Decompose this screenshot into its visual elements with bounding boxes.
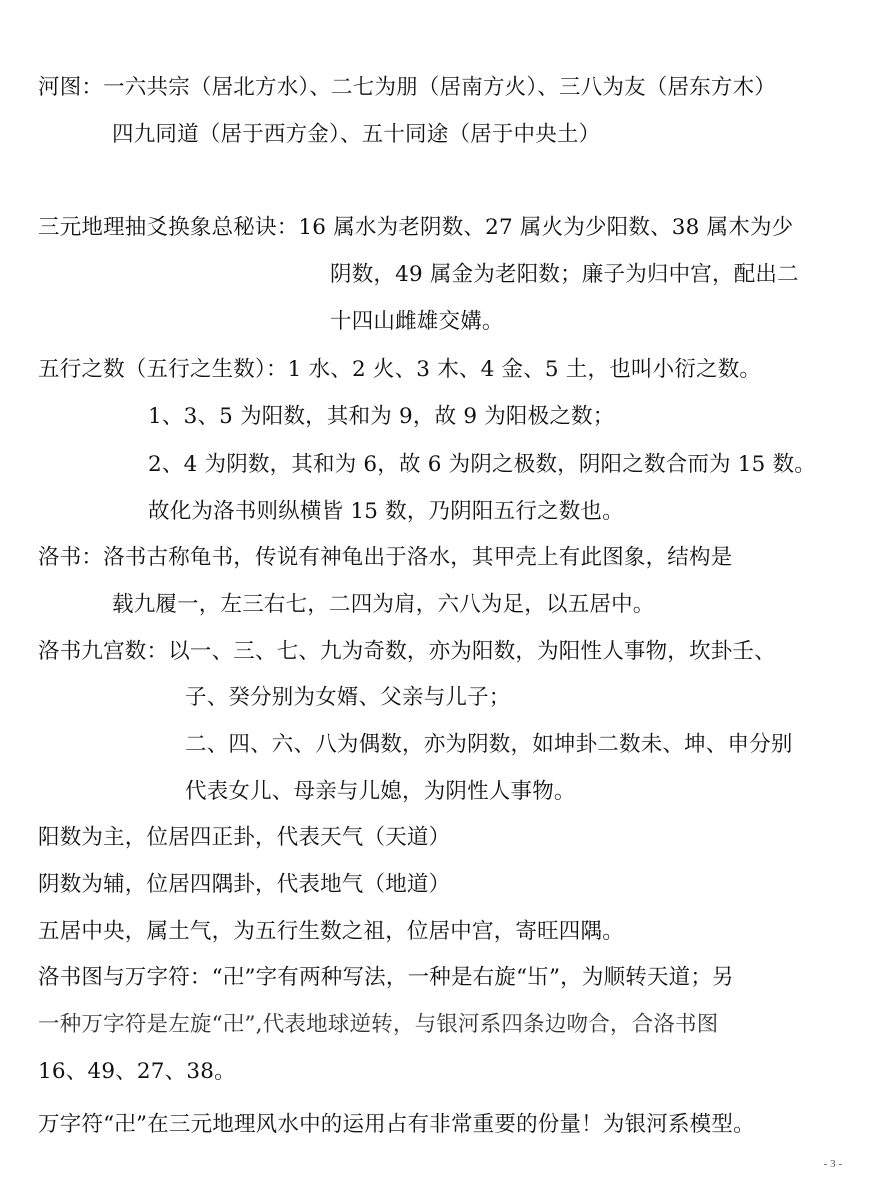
conclusion-line: 万字符“卍”在三元地理风水中的运用占有非常重要的份量！为银河系模型。 (38, 1110, 755, 1140)
hetu-line-2: 四九同道（居于西方金）、五十同途（居于中央土） (112, 120, 600, 150)
wuju-line: 五居中央，属土气，为五行生数之祖，位居中宫，寄旺四隅。 (38, 917, 624, 947)
page-number: - 3 - (824, 1158, 842, 1170)
sanyuan-line-2: 阴数，49 属金为老阳数；廉子为归中宫，配出二 (330, 260, 799, 290)
sanyuan-line-1: 三元地理抽爻换象总秘诀：16 属水为老阴数、27 属火为少阳数、38 属木为少 (38, 213, 793, 243)
sanyuan-line-3: 十四山雌雄交媾。 (330, 307, 504, 337)
wanzi-line-3: 16、49、27、38。 (38, 1057, 236, 1087)
wanzi-line-2: 一种万字符是左旋“卍”,代表地球逆转，与银河系四条边吻合，合洛书图 (38, 1010, 718, 1040)
wuxing-line-3: 2、4 为阴数，其和为 6，故 6 为阴之极数，阴阳之数合而为 15 数。 (148, 450, 816, 480)
jiugong-line-1: 洛书九宫数：以一、三、七、九为奇数，亦为阳数，为阳性人事物，坎卦壬、 (38, 637, 776, 667)
yang-line: 阳数为主，位居四正卦，代表天气（天道） (38, 823, 450, 853)
hetu-line-1: 河图：一六共宗（居北方水）、二七为朋（居南方火）、三八为友（居东方木） (38, 73, 776, 103)
jiugong-line-2: 子、癸分别为女婿、父亲与儿子； (185, 683, 511, 713)
luoshu-line-1: 洛书：洛书古称龟书，传说有神龟出于洛水，其甲壳上有此图象，结构是 (38, 543, 732, 573)
jiugong-line-4: 代表女儿、母亲与儿媳，为阴性人事物。 (185, 777, 576, 807)
wuxing-line-4: 故化为洛书则纵横皆 15 数，乃阴阳五行之数也。 (148, 497, 624, 527)
jiugong-line-3: 二、四、六、八为偶数，亦为阴数，如坤卦二数未、坤、申分别 (185, 730, 793, 760)
wanzi-line-1: 洛书图与万字符：“卍”字有两种写法，一种是右旋“卐”，为顺转天道；另 (38, 963, 734, 993)
wuxing-line-1: 五行之数（五行之生数）：1 水、2 火、3 木、4 金、5 土，也叫小衍之数。 (38, 355, 761, 385)
yin-line: 阴数为辅，位居四隅卦，代表地气（地道） (38, 870, 450, 900)
wuxing-line-2: 1、3、5 为阳数，其和为 9，故 9 为阳极之数； (148, 402, 614, 432)
luoshu-line-2: 载九履一，左三右七，二四为肩，六八为足，以五居中。 (112, 590, 655, 620)
